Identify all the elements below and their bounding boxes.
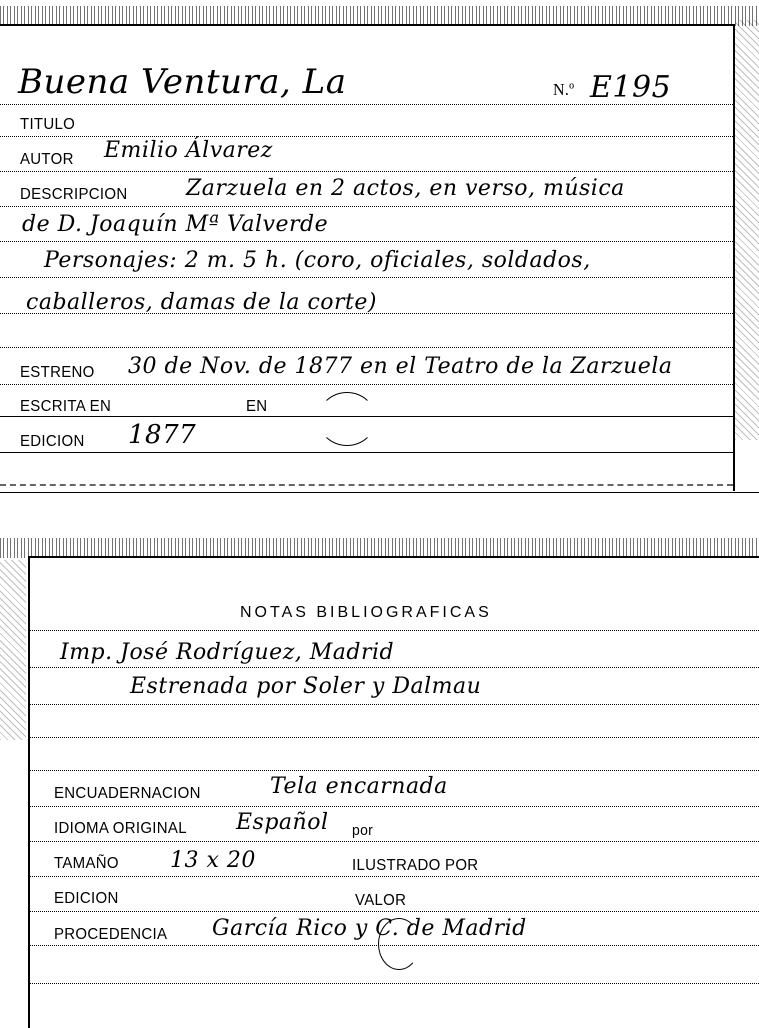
titulo-line: [0, 136, 733, 137]
ilustrado-label: ILUSTRADO POR: [352, 857, 478, 875]
edicion-label: EDICION: [20, 433, 85, 451]
scan-noise-top: [0, 6, 759, 26]
descripcion-rule-1: [0, 206, 733, 207]
descripcion-label: DESCRIPCION: [20, 186, 127, 204]
notes-line-2: Estrenada por Soler y Dalmau: [130, 674, 481, 699]
tamano-value: 13 x 20: [170, 848, 256, 873]
encuadernacion-label: ENCUADERNACION: [54, 785, 201, 803]
notas-rule-0: [30, 630, 759, 631]
title-line: [0, 104, 733, 105]
por-label: por: [352, 822, 373, 839]
procedencia-value: García Rico y C. de Madrid: [212, 916, 527, 941]
descripcion-rule-3: [0, 277, 733, 278]
title-value: Buena Ventura, La: [18, 62, 346, 102]
card-separator: [0, 492, 759, 493]
scan-noise-middle: [0, 538, 759, 558]
autor-value: Emilio Álvarez: [104, 138, 273, 163]
procedencia-label: PROCEDENCIA: [54, 926, 167, 944]
notas-rule-1: [30, 667, 759, 668]
notas-rule-2: [30, 704, 759, 705]
descripcion-rule-2: [0, 241, 733, 242]
valor-label: VALOR: [355, 892, 406, 910]
card-edge-dashes: [0, 484, 733, 486]
edicion-bottom-label: EDICION: [54, 890, 119, 908]
number-value: E195: [590, 70, 671, 105]
autor-line: [0, 171, 733, 172]
tamano-label: TAMAÑO: [54, 855, 119, 873]
encuadernacion-line: [30, 806, 759, 807]
en-label: EN: [246, 398, 267, 416]
idioma-label: IDIOMA ORIGINAL: [54, 820, 187, 838]
descripcion-line-4: caballeros, damas de la corte): [26, 290, 377, 315]
edicion-line: [0, 452, 733, 453]
scan-noise-right: [735, 20, 759, 440]
edicion-bottom-line: [30, 911, 759, 912]
encuadernacion-value: Tela encarnada: [270, 774, 448, 799]
number-label: N.º: [553, 82, 574, 101]
estreno-value: 30 de Nov. de 1877 en el Teatro de la Za…: [128, 354, 672, 379]
estreno-label: ESTRENO: [20, 364, 95, 382]
notas-heading: NOTAS BIBLIOGRAFICAS: [240, 604, 492, 622]
stamp-mark: [318, 392, 376, 446]
idioma-value: Español: [236, 810, 329, 835]
edicion-value: 1877: [128, 420, 196, 450]
estreno-line: [0, 384, 733, 385]
escrita-en-label: ESCRITA EN: [20, 398, 111, 416]
descripcion-rule-4: [0, 313, 733, 314]
titulo-label: TITULO: [20, 116, 75, 134]
descripcion-line-1: Zarzuela en 2 actos, en verso, música: [186, 176, 625, 201]
notas-rule-4: [30, 770, 759, 771]
descripcion-line-3: Personajes: 2 m. 5 h. (coro, oficiales, …: [44, 248, 591, 273]
descripcion-line-2: de D. Joaquín Mª Valverde: [22, 212, 328, 237]
bottom-rule: [30, 983, 759, 984]
idioma-line: [30, 841, 759, 842]
scan-noise-left: [0, 560, 26, 740]
notes-line-1: Imp. José Rodríguez, Madrid: [60, 640, 394, 665]
notas-rule-3: [30, 737, 759, 738]
tamano-line: [30, 876, 759, 877]
stamp-mark-bottom: [378, 918, 420, 970]
autor-label: AUTOR: [20, 151, 74, 169]
blank-rule: [0, 347, 733, 348]
